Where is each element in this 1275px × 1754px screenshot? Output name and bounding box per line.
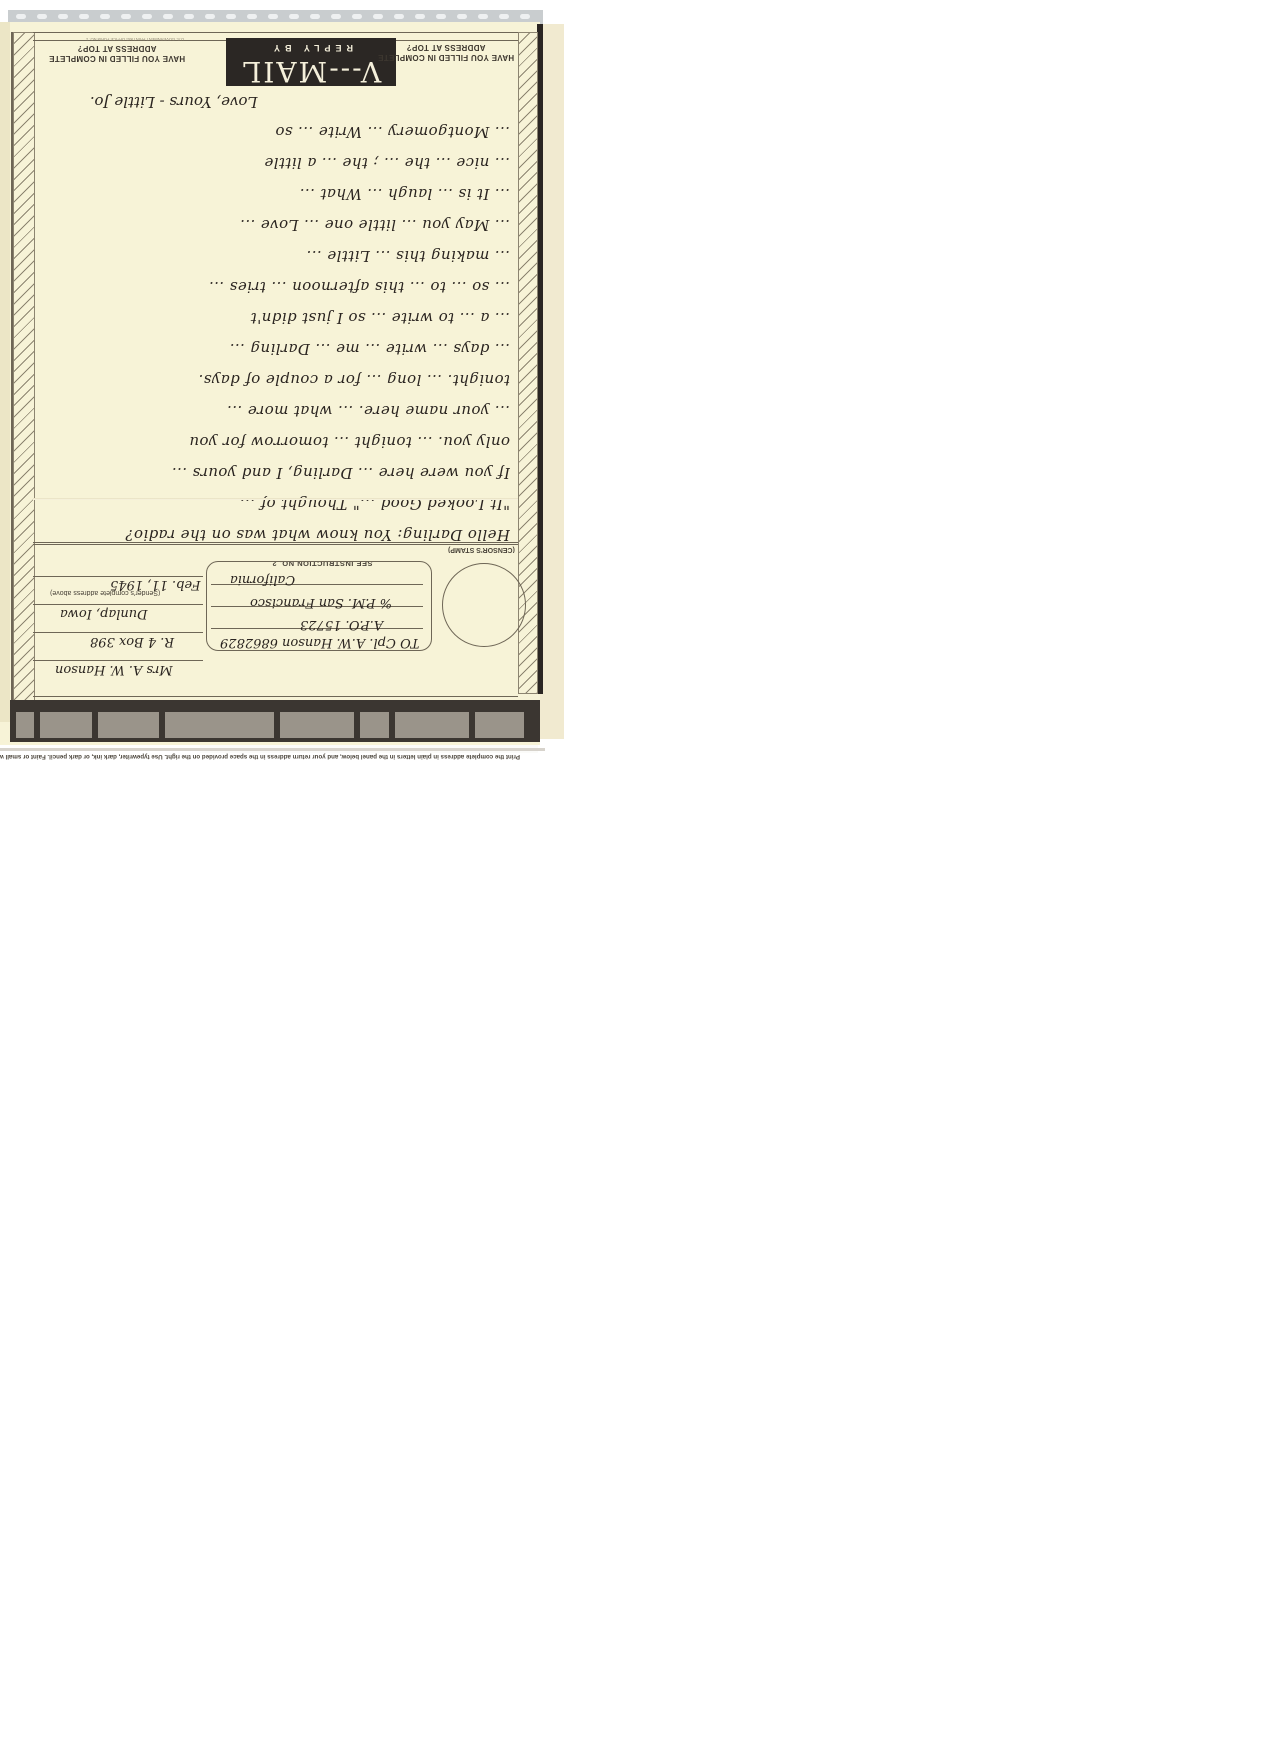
perforation-hole — [520, 14, 530, 19]
perforation-hole — [100, 14, 110, 19]
vmail-title: V---MAIL — [226, 56, 396, 86]
censor-stamp-label: (CENSOR'S STAMP) — [448, 546, 515, 553]
perforation-hole — [457, 14, 467, 19]
from-line-2 — [33, 604, 203, 605]
perforation-hole — [373, 14, 383, 19]
to-line-2: A.P.O. 15723 — [300, 617, 383, 632]
frame-line-bottom — [33, 696, 518, 697]
film-frame — [360, 712, 389, 738]
perforation-hole — [394, 14, 404, 19]
perforation-hole — [121, 14, 131, 19]
letter-line: Hello Darling: You know what was on the … — [40, 519, 510, 550]
paper-edge-left — [0, 22, 10, 722]
perforation-hole — [247, 14, 257, 19]
hatched-margin-left — [13, 32, 35, 709]
from-line-name: Mrs A. W. Hanson — [55, 662, 173, 677]
perforation-hole — [310, 14, 320, 19]
letter-line: ... May you ... little one ... Love ... — [40, 209, 510, 240]
perforation-hole — [205, 14, 215, 19]
letter-line: ... your name here. ... what more ... — [40, 395, 510, 426]
address-notice-left: HAVE YOU FILLED IN COMPLETE ADDRESS AT T… — [42, 43, 192, 63]
from-line-3 — [33, 632, 203, 633]
from-line-box: R. 4 Box 398 — [90, 634, 174, 649]
printing-office-note: U.S. GOVERNMENT PRINTING OFFICE FORM NO.… — [60, 37, 210, 42]
letter-line: tonight. ... long ... for a couple of da… — [40, 364, 510, 395]
perforation-hole — [37, 14, 47, 19]
perforation-hole — [163, 14, 173, 19]
letter-body: Hello Darling: You know what was on the … — [40, 90, 510, 550]
header-rule-right — [396, 40, 518, 41]
reply-by-label: REPLY BY — [226, 43, 396, 53]
film-frame — [98, 712, 159, 738]
perforation-hole — [415, 14, 425, 19]
perforation-hole — [184, 14, 194, 19]
film-frame — [475, 712, 524, 738]
perforation-hole — [226, 14, 236, 19]
to-line-4: California — [230, 572, 295, 587]
film-frame — [165, 712, 274, 738]
perforation-hole — [142, 14, 152, 19]
perforation-hole — [331, 14, 341, 19]
censor-stamp-circle — [442, 563, 526, 647]
perforation-hole — [499, 14, 509, 19]
letter-line: ... so ... to ... this afternoon ... tri… — [40, 271, 510, 302]
letter-line: If you were here ... Darling, I and your… — [40, 457, 510, 488]
film-strip — [10, 700, 540, 742]
film-frame — [40, 712, 92, 738]
to-line-1: TO Cpl. A.W. Hanson 6862829 — [220, 635, 419, 650]
address-notice-right: HAVE YOU FILLED IN COMPLETE ADDRESS AT T… — [372, 42, 520, 62]
letter-line: ... nice ... the ... ; the ... a little — [40, 147, 510, 178]
to-line-3: % P.M. San Francisco — [250, 595, 392, 610]
letter-line: ... making this ... Little ... — [40, 240, 510, 271]
film-frame — [16, 712, 34, 738]
from-line-date: Feb. 11, 1945 — [110, 577, 200, 592]
from-line-4 — [33, 660, 203, 661]
from-line-city: Dunlap, Iowa — [60, 606, 148, 621]
letter-line: ... It is ... laugh ... What ... — [40, 178, 510, 209]
paper-edge-right — [540, 24, 564, 739]
letter-line: "It Looked Good ..." Thought of ... — [40, 488, 510, 519]
perforation-hole — [268, 14, 278, 19]
scan-shadow — [0, 748, 545, 751]
film-frame — [395, 712, 469, 738]
perforation-hole — [478, 14, 488, 19]
film-frame — [280, 712, 354, 738]
perforation-hole — [58, 14, 68, 19]
letter-line: ... Montgomery ... Write ... so — [40, 116, 510, 147]
instructions-footer: Print the complete address in plain lett… — [100, 752, 520, 760]
fold-crease — [33, 498, 518, 500]
vmail-scan: V---MAIL REPLY BY U.S. GOVERNMENT PRINTI… — [0, 10, 568, 745]
perforation-hole — [16, 14, 26, 19]
perforation-hole — [352, 14, 362, 19]
letter-line: ... days ... write ... me ... Darling ..… — [40, 333, 510, 364]
perforation-hole — [436, 14, 446, 19]
perforation-hole — [289, 14, 299, 19]
frame-line-top — [33, 32, 518, 33]
vmail-logo: V---MAIL REPLY BY — [226, 38, 396, 86]
letter-line: ... a ... to write ... so I just didn't — [40, 302, 510, 333]
letter-line: only you. ... tonight ... tomorrow for y… — [40, 426, 510, 457]
perforation-hole — [79, 14, 89, 19]
